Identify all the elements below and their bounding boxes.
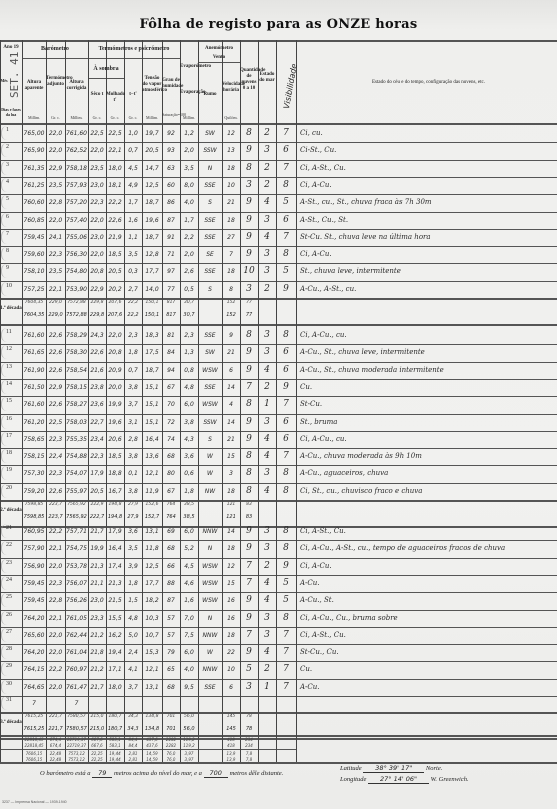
cell-alt-ap: 764,65 [22, 680, 46, 695]
cell-vel: 7 [222, 247, 240, 262]
altura-corrigida-header: Altura corrigida [65, 80, 88, 92]
cell-mar: 2 [258, 161, 276, 176]
cell-mar: 3 [258, 541, 276, 556]
cell-ceu: A-Cu., chuva moderada às 9h 10m [296, 449, 557, 464]
cell-nuv: 7 [240, 559, 258, 574]
cell-alt-ap: 761,60 [22, 397, 46, 412]
summary-value: 7615,25 [22, 714, 46, 719]
cell-term: 22,8 [46, 593, 65, 608]
cell-rumo [198, 696, 222, 711]
total-value: 667,6 [88, 737, 106, 742]
table-row: 22757,9022,1754,7519,916,43,511,8685,2N1… [0, 540, 557, 557]
cell-hum: 97 [162, 264, 180, 279]
cell-tensao: 15,1 [142, 380, 162, 395]
cell-alt-ap: 756,90 [22, 559, 46, 574]
cell-alt-cor: 761,47 [65, 680, 88, 695]
cell-tensao: 18,7 [142, 230, 162, 245]
cell-evap: 2,3 [180, 328, 198, 343]
cell-rumo: S [198, 282, 222, 297]
cell-seco: 23,0 [88, 230, 106, 245]
longitude-value: 27° 14' 06" [368, 775, 429, 784]
table-row: 3761,3522,9758,1823,518,04,514,7633,5N18… [0, 160, 557, 177]
cell-nuv: 7 [240, 380, 258, 395]
cell-mar: 2 [258, 282, 276, 297]
seco-header: Sêco t [88, 92, 106, 98]
cell-vis: 6 [276, 415, 296, 430]
summary-value: 30,7 [180, 300, 198, 305]
cell-nuv: 9 [240, 345, 258, 360]
cell-molh: 17,4 [106, 559, 124, 574]
cell-mar: 4 [258, 432, 276, 447]
summary-value: 7580,57 [65, 726, 88, 732]
cell-ceu: Ci, A-St., Cu. [296, 524, 557, 539]
cell-tensao: 13,1 [142, 524, 162, 539]
cell-vis: 7 [276, 662, 296, 677]
cell-rumo: SSE [198, 230, 222, 245]
cell-hum: 63 [162, 161, 180, 176]
cell-term: 22,6 [46, 397, 65, 412]
cell-mar: 4 [258, 593, 276, 608]
cell-vis: 7 [276, 680, 296, 695]
cell-rumo: SSE [198, 380, 222, 395]
cell-hum: 57 [162, 628, 180, 643]
total-value: 84,4 [124, 737, 142, 742]
cell-mar: 4 [258, 449, 276, 464]
cell-nuv: 8 [240, 126, 258, 141]
cell-evap: 6,0 [180, 645, 198, 660]
summary-value: 27,9 [124, 514, 142, 520]
cell-nuv: 9 [240, 593, 258, 608]
grid-hline [88, 58, 180, 59]
total-value: 667,6 [88, 743, 106, 748]
cell-evap: 2,0 [180, 247, 198, 262]
cell-term: 24,1 [46, 230, 65, 245]
summary-value: 34,3 [124, 714, 142, 719]
cell-hum: 77 [162, 282, 180, 297]
unit-molhado: Gr. c. [106, 115, 124, 120]
humidade-header: Grau de humidade [162, 78, 180, 90]
total-value: 674,4 [46, 737, 65, 742]
total-value: 7,8 [240, 757, 258, 762]
cell-molh: 20,6 [106, 432, 124, 447]
summary-value: 145 [222, 714, 240, 719]
dias-label: Dias e fases da lua [0, 108, 22, 117]
cell-vis: 8 [276, 328, 296, 343]
cell-nuv: 3 [240, 680, 258, 695]
cell-evap: 4,0 [180, 195, 198, 210]
cell-rumo: NW [198, 484, 222, 499]
cell-alt-cor: 761,04 [65, 645, 88, 660]
cell-seco: 21,7 [88, 524, 106, 539]
cell-seco: 19,9 [88, 541, 106, 556]
cell-vis: 8 [276, 466, 296, 481]
summary-value: 22,2 [124, 312, 142, 318]
cell-molh: 19,4 [106, 645, 124, 660]
cell-molh: 16,4 [106, 541, 124, 556]
cell-term: 22,8 [46, 195, 65, 210]
total-value: 437,6 [142, 737, 162, 742]
cell-tensao: 15,1 [142, 397, 162, 412]
cell-vis: 7 [276, 645, 296, 660]
cell-tensao: 18,7 [142, 195, 162, 210]
total-value: 76,0 [162, 751, 180, 756]
cell-hum: 80 [162, 466, 180, 481]
cell-tensao: 15,3 [142, 645, 162, 660]
cell-evap: 6,0 [180, 397, 198, 412]
table-row: 8759,6022,3756,3022,018,53,512,8712,0SE7… [0, 246, 557, 263]
day-number: 8 [6, 248, 9, 254]
table-row: 26764,2022,1761,0523,315,54,810,3577,0N1… [0, 610, 557, 627]
summary-value: 7615,25 [22, 726, 46, 732]
summary-value: 7580,57 [65, 714, 88, 719]
cell-vel: 16 [222, 611, 240, 626]
cell-mar: 4 [258, 363, 276, 378]
nuvens-header: Quantidade de nuvens 0 a 10 [240, 68, 258, 92]
cell-mar: 4 [258, 230, 276, 245]
cell-molh: 22,2 [106, 195, 124, 210]
cell-vis: 5 [276, 264, 296, 279]
table-row: 2765,9022,0762,5222,022,10,720,5932,0SSW… [0, 142, 557, 159]
cell-alt-cor: 757,71 [65, 524, 88, 539]
summary-value: 817 [162, 312, 180, 318]
cell-ceu: Ci, A-St., Cu. [296, 628, 557, 643]
summary-value: 152 [222, 300, 240, 305]
total-value: 76,0 [162, 757, 180, 762]
cell-seco: 21,3 [88, 559, 106, 574]
cell-vel: 15 [222, 449, 240, 464]
cell-diff: 3,9 [124, 559, 142, 574]
total-value: 3,97 [180, 757, 198, 762]
summary-value: 83 [240, 502, 258, 507]
cell-tensao: 12,8 [142, 247, 162, 262]
cell-mar: 2 [258, 126, 276, 141]
summary-value: 222,9 [88, 502, 106, 507]
cell-term: 22,9 [46, 380, 65, 395]
summary-value: 150,1 [142, 300, 162, 305]
cell-vel: 18 [222, 484, 240, 499]
cell-alt-ap: 760,95 [22, 524, 46, 539]
table-row: 27765,6022,0762,4421,216,25,010,7577,5NN… [0, 627, 557, 644]
summary-value: 7565,92 [65, 514, 88, 520]
table-row: 12761,6522,6758,3022,620,81,817,5841,3SW… [0, 344, 557, 361]
cell-vel [222, 696, 240, 711]
summary-value: 83 [240, 514, 258, 520]
cell-term: 22,6 [46, 328, 65, 343]
day-number: 30 [6, 681, 12, 687]
cell-alt-ap: 759,20 [22, 484, 46, 499]
cell-term: 22,3 [46, 432, 65, 447]
cell-mar: 1 [258, 680, 276, 695]
cell-evap [180, 696, 198, 711]
cell-alt-cor: 753,90 [65, 282, 88, 297]
total-value: 19,44 [106, 757, 124, 762]
cell-seco: 23,5 [88, 161, 106, 176]
total-value: 674,4 [46, 743, 65, 748]
cell-mar: 2 [258, 178, 276, 193]
cell-tensao: 12,1 [142, 662, 162, 677]
barometer-note: O barómetro está a 79 metros acima do ní… [40, 769, 283, 777]
day-number: 29 [6, 663, 12, 669]
summary-value: 194,8 [106, 514, 124, 520]
cell-nuv: 9 [240, 143, 258, 158]
cell-alt-ap: 761,90 [22, 363, 46, 378]
table-row: 4761,2523,5757,9323,018,14,912,5608,0SSE… [0, 177, 557, 194]
cell-alt-ap: 758,15 [22, 449, 46, 464]
cell-alt-ap: 764,20 [22, 611, 46, 626]
total-value: 22719,37 [65, 743, 88, 748]
table-row: 20759,2022,6755,9720,516,73,811,9671,8NW… [0, 483, 557, 500]
altura-aparente-header: Altura aparente [22, 80, 46, 92]
total-value: 14,59 [142, 757, 162, 762]
mes-label: Mês [0, 78, 8, 84]
total-value: 7606,15 [22, 751, 46, 756]
table-row: 24759,4522,3756,0721,121,31,817,7884,6WS… [0, 575, 557, 592]
cell-rumo: NNW [198, 524, 222, 539]
decade-label: 3.ª década [0, 720, 22, 725]
cell-mar: 4 [258, 484, 276, 499]
cell-evap: 1,2 [180, 126, 198, 141]
cell-alt-cor: 755,06 [65, 230, 88, 245]
cell-diff: 3,5 [124, 247, 142, 262]
cell-alt-cor: 7 [65, 696, 88, 711]
cell-mar: 4 [258, 195, 276, 210]
table-row: 17758,6522,3755,3523,420,62,816,4744,3S2… [0, 431, 557, 448]
cell-term: 22,4 [46, 449, 65, 464]
cell-tensao: 17,5 [142, 345, 162, 360]
cell-molh: 18,0 [106, 161, 124, 176]
summary-value: 150,1 [142, 312, 162, 318]
cell-evap: 1,7 [180, 213, 198, 228]
cell-ceu: A-Cu. [296, 576, 557, 591]
cell-hum: 65 [162, 662, 180, 677]
cell-diff: 2,4 [124, 645, 142, 660]
cell-vis: 8 [276, 247, 296, 262]
table-row: 1765,0022,0761,6022,522,51,019,7921,2SW1… [0, 125, 557, 142]
cell-tensao: 11,9 [142, 484, 162, 499]
cell-hum: 88 [162, 576, 180, 591]
cell-molh: 18,5 [106, 247, 124, 262]
cell-vel: 12 [222, 559, 240, 574]
cell-alt-ap: 760,60 [22, 195, 46, 210]
cell-seco: 21,2 [88, 628, 106, 643]
summary-value: 7604,35 [22, 312, 46, 318]
cell-seco: 21,2 [88, 662, 106, 677]
summary-value: 38,5 [180, 502, 198, 507]
summary-value: 7572,88 [65, 312, 88, 318]
table-row: 21760,9522,2757,7121,717,93,613,1696,0NN… [0, 523, 557, 540]
cell-rumo: N [198, 611, 222, 626]
cell-tensao: 18,7 [142, 363, 162, 378]
cell-term: 23,5 [46, 264, 65, 279]
cell-nuv: 9 [240, 247, 258, 262]
table-row: 23756,9022,0753,7821,317,43,912,5664,5WS… [0, 558, 557, 575]
cell-seco: 17,9 [88, 466, 106, 481]
cell-tensao: 17,7 [142, 264, 162, 279]
latitude-line: Latitude 38° 39' 17" Norte. [340, 764, 442, 772]
cell-evap: 9,5 [180, 680, 198, 695]
total-value: 234 [240, 743, 258, 748]
cell-alt-ap: 759,60 [22, 247, 46, 262]
cell-mar: 3 [258, 328, 276, 343]
cell-hum: 91 [162, 230, 180, 245]
cell-ceu: Ci, A-Cu. [296, 178, 557, 193]
cell-alt-cor: 758,27 [65, 397, 88, 412]
day-number: 17 [6, 433, 12, 439]
day-number: 22 [6, 542, 12, 548]
cell-vel: 18 [222, 161, 240, 176]
cell-molh: 22,5 [106, 126, 124, 141]
unit-termometro: Gr. c. [46, 115, 65, 120]
total-value: 119,2 [180, 743, 198, 748]
grid-hline [0, 762, 557, 764]
decade-label: 1.ª década [0, 306, 22, 311]
cell-mar: 3 [258, 143, 276, 158]
cell-mar: 3 [258, 345, 276, 360]
summary-value: 221,7 [46, 714, 65, 719]
cell-hum: 87 [162, 213, 180, 228]
cell-seco: 22,6 [88, 345, 106, 360]
cell-ceu [296, 696, 557, 711]
cell-alt-cor: 756,30 [65, 247, 88, 262]
cell-nuv: 8 [240, 328, 258, 343]
cell-vel: 18 [222, 541, 240, 556]
total-value: 22,25 [88, 757, 106, 762]
cell-evap: 2,6 [180, 264, 198, 279]
summary-value: 121 [222, 514, 240, 520]
total-value: 2,81 [124, 751, 142, 756]
cell-nuv: 3 [240, 178, 258, 193]
cell-evap: 4,5 [180, 559, 198, 574]
cell-tensao: 16,4 [142, 432, 162, 447]
cell-nuv: 9 [240, 213, 258, 228]
barometer-distance: 700 [204, 769, 228, 778]
total-value: 22818,45 [22, 737, 46, 742]
cell-vis: 6 [276, 213, 296, 228]
cell-hum: 70 [162, 397, 180, 412]
cell-nuv: 9 [240, 230, 258, 245]
cell-alt-cor: 758,18 [65, 161, 88, 176]
cell-term: 22,6 [46, 345, 65, 360]
cell-vel: 14 [222, 524, 240, 539]
cell-mar: 3 [258, 247, 276, 262]
cell-molh: 19,6 [106, 415, 124, 430]
cell-ceu: Ci-St., Cu. [296, 143, 557, 158]
cell-ceu: A-Cu., St., chuva moderada intermitente [296, 363, 557, 378]
estado-ceu-header: Estado do céu e do tempo, configuração d… [300, 80, 557, 86]
day-number: 4 [6, 179, 9, 185]
unit-seco: Gr. c. [88, 115, 106, 120]
cell-alt-ap: 759,45 [22, 576, 46, 591]
cell-molh: 15,5 [106, 611, 124, 626]
cell-ceu: A-Cu., aguaceiros, chuva [296, 466, 557, 481]
cell-evap: 4,0 [180, 662, 198, 677]
cell-nuv: 9 [240, 524, 258, 539]
estado-mar-header: Estado do mar [258, 72, 276, 84]
cell-tensao: 14,0 [142, 282, 162, 297]
cell-vis: 8 [276, 484, 296, 499]
cell-evap: 0,5 [180, 282, 198, 297]
total-value: 3,97 [180, 751, 198, 756]
total-value: 22,25 [88, 751, 106, 756]
summary-value: 152 [222, 312, 240, 318]
cell-term: 22,1 [46, 282, 65, 297]
cell-alt-cor: 754,88 [65, 449, 88, 464]
cell-mar: 4 [258, 645, 276, 660]
cell-rumo: W [198, 449, 222, 464]
day-number: 10 [6, 283, 12, 289]
cell-term: 22,0 [46, 143, 65, 158]
cell-vis: 7 [276, 628, 296, 643]
cell-seco: 23,0 [88, 593, 106, 608]
cell-alt-cor: 760,97 [65, 662, 88, 677]
cell-vel: 6 [222, 680, 240, 695]
grid-hline [198, 62, 240, 63]
unit-evaporacao: Millim. [180, 115, 198, 120]
cell-ceu: A-St., cu., St., chuva fraca às 7h 30m [296, 195, 557, 210]
cell-term: 22,1 [46, 611, 65, 626]
cell-rumo: S [198, 432, 222, 447]
cell-alt-cor: 757,20 [65, 195, 88, 210]
cell-alt-cor: 756,26 [65, 593, 88, 608]
day-number: 15 [6, 398, 12, 404]
summary-value: 22,2 [124, 300, 142, 305]
cell-tensao [142, 696, 162, 711]
cell-seco: 20,5 [88, 484, 106, 499]
cell-vel: 22 [222, 645, 240, 660]
cell-diff: 4,1 [124, 662, 142, 677]
summary-value: 764 [162, 502, 180, 507]
cell-diff: 3,7 [124, 680, 142, 695]
cell-molh: 20,5 [106, 264, 124, 279]
cell-hum: 72 [162, 415, 180, 430]
unit-tensao: Millim. [142, 115, 162, 120]
cell-nuv: 9 [240, 541, 258, 556]
cell-diff: 0,7 [124, 363, 142, 378]
day-number: 31 [6, 697, 12, 703]
rumo-header: Rumo [198, 92, 222, 98]
cell-diff: 3,1 [124, 415, 142, 430]
unit-altura-corrigida: Millim. [65, 115, 88, 120]
cell-hum: 66 [162, 559, 180, 574]
cell-ceu: Ci, A-Cu., Cu., bruma sobre [296, 611, 557, 626]
cell-vis: 8 [276, 178, 296, 193]
cell-rumo: SE [198, 247, 222, 262]
cell-term: 23,5 [46, 178, 65, 193]
barometro-header: Barómetro [22, 46, 88, 53]
cell-mar: 2 [258, 380, 276, 395]
day-number: 16 [6, 416, 12, 422]
cell-diff: 4,5 [124, 161, 142, 176]
cell-diff: 3,6 [124, 524, 142, 539]
cell-alt-ap: 757,25 [22, 282, 46, 297]
cell-vis: 5 [276, 195, 296, 210]
cell-seco: 21,8 [88, 645, 106, 660]
cell-vis: 7 [276, 230, 296, 245]
evaporacao-header: Evaporação [180, 90, 198, 96]
cell-ceu: A-Cu., St., chuva leve, intermitente [296, 345, 557, 360]
cell-vel: 3 [222, 466, 240, 481]
cell-alt-ap: 764,20 [22, 645, 46, 660]
summary-value: 701 [162, 714, 180, 719]
cell-alt-ap: 760,85 [22, 213, 46, 228]
unit-humidade: Saturação=100 [162, 112, 180, 117]
cell-diff: 3,8 [124, 449, 142, 464]
cell-seco: 23,3 [88, 611, 106, 626]
cell-term: 22,3 [46, 247, 65, 262]
cell-seco: 21,7 [88, 680, 106, 695]
cell-tensao: 17,7 [142, 576, 162, 591]
cell-alt-ap: 757,90 [22, 541, 46, 556]
